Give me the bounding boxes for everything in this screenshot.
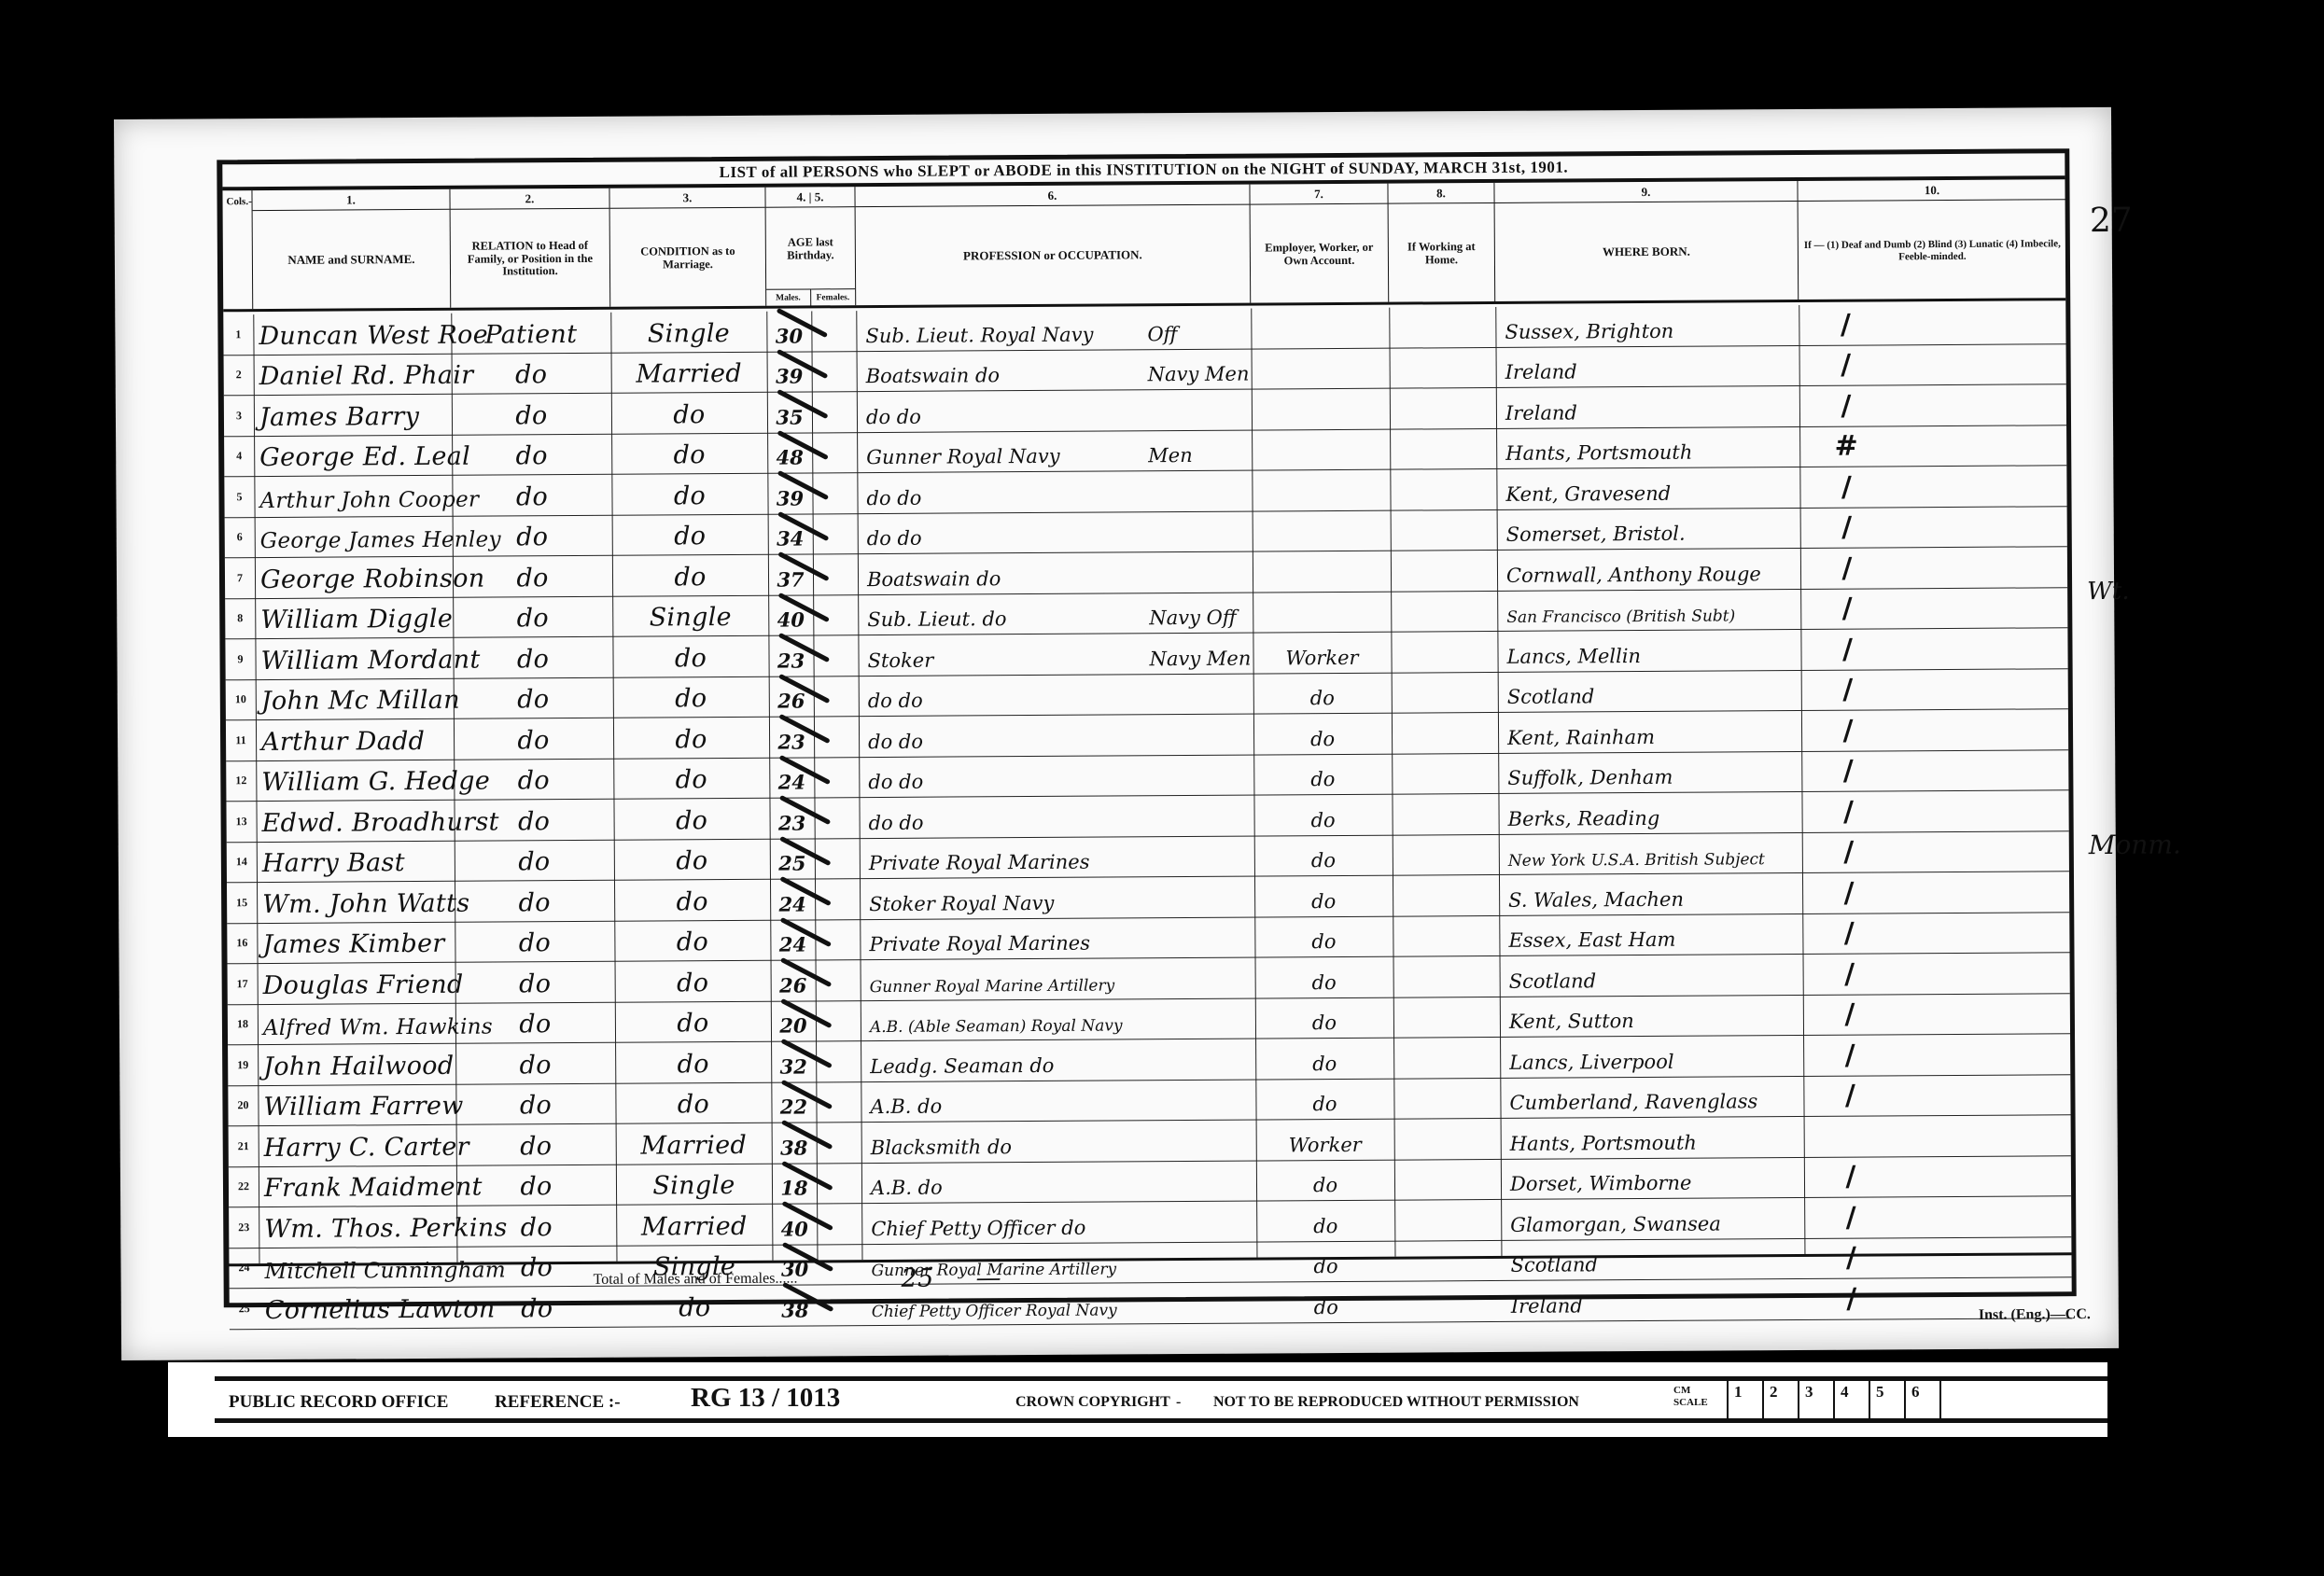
col-header-condition: 3. CONDITION as to Marriage. (609, 188, 766, 307)
name-cell: William Farrew (263, 1084, 455, 1125)
employer-cell: do (1256, 1160, 1394, 1200)
employer-cell (1251, 308, 1389, 348)
relation-cell: do (454, 759, 613, 800)
row-number: 18 (228, 1005, 258, 1045)
name-cell: Harry C. Carter (264, 1125, 456, 1166)
col-header-employer: 7. Employer, Worker, or Own Account. (1250, 184, 1389, 303)
scale-mark: 6 (1904, 1381, 1939, 1418)
infirmity-mark: / (1800, 508, 1894, 548)
infirmity-mark: / (1802, 832, 1896, 872)
name-cell: William Mordant (260, 638, 453, 679)
scale-mark: 1 (1727, 1381, 1762, 1418)
col-header-rownum: Cols.- (222, 190, 253, 309)
relation-cell: do (456, 1124, 616, 1165)
occupation-cell: Stoker Royal Navy (869, 877, 1186, 919)
row-number: 22 (229, 1167, 259, 1207)
occupation-cell: Gunner Royal Navy (866, 431, 1183, 473)
occupation-annotation (1151, 836, 1254, 876)
infirmity-mark: / (1802, 872, 1896, 913)
occupation-cell: Gunner Royal Marine Artillery (870, 958, 1187, 1000)
age-male-cell: 23 (768, 635, 813, 676)
name-cell: Arthur John Cooper (259, 476, 452, 517)
birthplace-cell: Kent, Gravesend (1505, 467, 1799, 509)
condition-cell: do (613, 799, 769, 840)
age-male-cell: 34 (768, 514, 813, 554)
employer-cell: do (1254, 876, 1393, 916)
birthplace-cell: Sussex, Brighton (1505, 305, 1799, 346)
age-male-cell: 39 (767, 473, 812, 513)
occupation-annotation (1153, 1121, 1256, 1161)
relation-cell: do (454, 677, 613, 718)
occupation-annotation (1148, 390, 1252, 430)
col-header-name: 1. NAME and SURNAME. (252, 189, 451, 309)
notice-label: NOT TO BE REPRODUCED WITHOUT PERMISSION (1213, 1394, 1579, 1411)
infirmity-mark: / (1799, 385, 1893, 425)
occupation-annotation (1152, 1080, 1255, 1120)
employer-cell (1252, 429, 1390, 469)
occupation-cell: Private Royal Marines (869, 917, 1186, 959)
infirmity-mark: / (1800, 548, 1894, 588)
total-label: Total of Males and of Females...... (594, 1271, 798, 1289)
margin-note-wt: Wt. (2087, 578, 2130, 606)
occupation-annotation (1151, 877, 1254, 917)
col-header-infirmity: 10. If — (1) Deaf and Dumb (2) Blind (3)… (1798, 179, 2066, 300)
name-cell: William Diggle (260, 597, 453, 638)
birthplace-cell: Lancs, Liverpool (1509, 1036, 1803, 1077)
relation-cell: do (456, 1165, 616, 1206)
name-cell: Duncan West Roe (259, 314, 451, 355)
name-cell: Daniel Rd. Phair (259, 354, 452, 395)
occupation-cell: do do (866, 390, 1183, 432)
occupation-annotation (1150, 755, 1253, 795)
birthplace-cell: San Francisco (British Subt) (1506, 589, 1800, 630)
birthplace-cell: Hants, Portsmouth (1505, 426, 1799, 467)
row-number: 12 (226, 761, 256, 802)
occupation-annotation (1152, 998, 1255, 1039)
total-males: 25 (902, 1264, 934, 1293)
condition-cell: do (611, 393, 767, 434)
relation-cell: do (455, 1002, 615, 1043)
relation-cell: do (452, 475, 611, 516)
condition-cell: do (613, 758, 769, 799)
infirmity-mark: / (1799, 304, 1892, 344)
birthplace-cell: Cumberland, Ravenglass (1509, 1076, 1803, 1117)
name-cell: George Robinson (260, 557, 453, 598)
age-male-cell: 30 (766, 311, 811, 351)
occupation-cell: A.B. do (871, 1161, 1188, 1203)
infirmity-mark (1804, 1116, 1897, 1156)
condition-cell: Married (616, 1123, 772, 1165)
form-code: Inst. (Eng.)—CC. (1979, 1306, 2091, 1324)
occupation-cell: Boatswain do (866, 350, 1183, 392)
infirmity-mark: / (1800, 589, 1894, 629)
name-cell: Edwd. Broadhurst (261, 801, 454, 842)
condition-cell: do (611, 474, 767, 515)
infirmity-mark: / (1802, 914, 1896, 954)
condition-cell: do (615, 961, 771, 1002)
relation-cell: do (455, 921, 614, 962)
total-females: — (976, 1263, 1002, 1292)
row-number: 11 (226, 720, 256, 760)
condition-cell: do (613, 718, 769, 759)
birthplace-cell: Scotland (1507, 670, 1801, 711)
employer-cell: do (1253, 795, 1392, 835)
age-male-cell: 20 (771, 1001, 816, 1041)
row-number: 2 (224, 356, 254, 396)
occupation-cell: do do (867, 512, 1184, 554)
infirmity-mark: # (1799, 426, 1893, 467)
employer-cell: Worker (1256, 1120, 1394, 1160)
employer-cell: do (1254, 916, 1393, 956)
age-male-cell: 18 (772, 1164, 817, 1204)
condition-cell: do (614, 920, 770, 961)
relation-cell: do (453, 596, 612, 637)
age-male-cell: 23 (769, 798, 814, 838)
occupation-annotation (1149, 552, 1253, 593)
census-page: LIST of all PERSONS who SLEPT or ABODE i… (114, 107, 2119, 1360)
relation-cell: do (453, 556, 612, 597)
age-male-cell: 40 (772, 1204, 817, 1244)
condition-cell: Single (612, 595, 768, 636)
occupation-cell: Boatswain do (867, 552, 1184, 594)
occupation-cell: do do (868, 715, 1185, 757)
age-male-cell: 32 (771, 1041, 816, 1081)
occupation-cell: Stoker (867, 634, 1184, 676)
row-number: 15 (227, 883, 257, 923)
relation-cell: do (455, 881, 614, 922)
name-cell: Harry Bast (262, 841, 455, 882)
row-number: 3 (224, 396, 254, 436)
condition-cell: do (612, 555, 768, 596)
birthplace-cell: S. Wales, Machen (1508, 873, 1802, 914)
infirmity-mark: / (1803, 1035, 1897, 1075)
occupation-cell: A.B. do (870, 1080, 1187, 1122)
occupation-annotation (1152, 1039, 1255, 1080)
row-number: 10 (226, 680, 256, 720)
name-cell: Frank Maidment (264, 1165, 456, 1206)
relation-cell: do (452, 353, 611, 394)
occupation-annotation (1150, 715, 1253, 755)
age-male-cell: 26 (771, 960, 816, 1000)
birthplace-cell: Lancs, Mellin (1506, 630, 1800, 671)
relation-cell: do (453, 515, 612, 556)
condition-cell: do (614, 839, 770, 880)
age-male-cell: 24 (769, 758, 814, 798)
name-cell: John Mc Millan (261, 678, 454, 719)
employer-cell: do (1253, 673, 1392, 713)
infirmity-mark: / (1803, 995, 1897, 1035)
relation-cell: do (455, 1083, 615, 1124)
occupation-cell: Leadg. Seaman do (870, 1039, 1187, 1081)
name-cell: James Kimber (262, 922, 455, 963)
infirmity-mark: / (1801, 710, 1895, 750)
name-cell: Arthur Dadd (261, 719, 454, 760)
col-header-where-born: 9. WHERE BORN. (1494, 181, 1799, 301)
employer-cell (1253, 592, 1391, 632)
occupation-cell: Private Royal Marines (869, 836, 1186, 878)
birthplace-cell: Suffolk, Denham (1507, 751, 1801, 792)
relation-cell: do (453, 637, 612, 678)
birthplace-cell: Ireland (1505, 386, 1799, 427)
relation-cell: Patient (451, 313, 610, 354)
condition-cell: do (615, 1082, 771, 1123)
scale-mark: 2 (1762, 1381, 1798, 1418)
occupation-cell: Sub. Lieut. do (867, 593, 1184, 635)
age-male-cell: 35 (767, 392, 812, 432)
infirmity-mark: / (1801, 791, 1895, 831)
reference-label: REFERENCE :- (495, 1392, 621, 1413)
relation-cell: do (454, 800, 613, 841)
employer-cell: do (1253, 714, 1392, 754)
condition-cell: Single (616, 1164, 772, 1205)
col-header-relation: 2. RELATION to Head of Family, or Positi… (450, 188, 610, 308)
occupation-annotation (1149, 511, 1253, 551)
age-male-cell: 39 (767, 352, 812, 392)
occupation-cell: Sub. Lieut. Royal Navy (865, 309, 1183, 351)
row-number: 5 (224, 477, 254, 517)
scale-mark (1939, 1381, 2014, 1418)
col-header-working-home: 8. If Working at Home. (1388, 183, 1495, 302)
employer-cell (1252, 348, 1390, 388)
row-number: 4 (224, 437, 254, 477)
occupation-annotation (1152, 958, 1255, 998)
margin-note-monm: Monm. (2089, 829, 2181, 860)
name-cell: Alfred Wm. Hawkins (263, 1003, 455, 1044)
age-male-cell: 37 (768, 554, 813, 594)
infirmity-mark: / (1804, 1157, 1897, 1197)
occupation-cell: do do (868, 755, 1185, 797)
row-number: 21 (229, 1126, 259, 1166)
scale-mark: 5 (1869, 1381, 1904, 1418)
row-number: 14 (227, 843, 257, 883)
infirmity-mark: / (1801, 670, 1895, 710)
reference-code: RG 13 / 1013 (691, 1383, 840, 1414)
age-male-cell: 24 (770, 920, 815, 960)
infirmity-mark: / (1803, 954, 1897, 994)
row-number: 8 (225, 599, 255, 639)
occupation-annotation: Navy Men (1148, 349, 1252, 389)
condition-cell: do (612, 636, 768, 677)
footer-rule (215, 1418, 2107, 1423)
relation-cell: do (456, 1206, 616, 1247)
name-cell: Wm. John Watts (262, 882, 455, 923)
relation-cell: do (455, 840, 614, 881)
age-male-cell: 26 (769, 676, 814, 717)
relation-cell: do (455, 1043, 615, 1084)
row-number: 17 (228, 964, 258, 1004)
row-number: 16 (227, 924, 257, 964)
name-cell: James Barry (259, 395, 452, 436)
birthplace-cell: Berks, Reading (1507, 792, 1801, 833)
occupation-annotation (1150, 674, 1253, 714)
birthplace-cell: Ireland (1505, 345, 1799, 386)
condition-cell: do (614, 880, 770, 921)
birthplace-cell: Hants, Portsmouth (1510, 1117, 1804, 1158)
cm-scale: 123456 (1727, 1381, 2014, 1418)
name-cell: George Ed. Leal (259, 435, 452, 476)
condition-cell: Married (616, 1205, 772, 1246)
infirmity-mark: / (1799, 467, 1893, 507)
relation-cell: do (455, 962, 615, 1003)
occupation-annotation (1153, 1202, 1256, 1242)
birthplace-cell: Scotland (1509, 955, 1803, 996)
row-number: 19 (228, 1045, 258, 1085)
name-cell: John Hailwood (263, 1044, 455, 1085)
separator: - (1176, 1394, 1181, 1411)
col-header-occupation: 6. PROFESSION or OCCUPATION. (855, 185, 1251, 306)
age-male-cell: 25 (770, 839, 815, 879)
name-cell: Wm. Thos. Perkins (264, 1206, 456, 1248)
row-number: 7 (225, 558, 255, 598)
condition-cell: do (615, 1042, 771, 1083)
occupation-cell: A.B. (Able Seaman) Royal Navy (870, 998, 1187, 1040)
occupation-cell: do do (868, 796, 1185, 838)
employer-cell (1252, 389, 1390, 429)
condition-cell: do (611, 433, 767, 474)
row-number: 20 (228, 1086, 258, 1126)
age-male-cell: 40 (768, 595, 813, 635)
col-header-age: 4. | 5. AGE last Birthday. Males. Female… (765, 187, 856, 306)
archive-footer: PUBLIC RECORD OFFICE REFERENCE :- RG 13 … (168, 1362, 2107, 1437)
employer-cell (1253, 510, 1391, 551)
office-label: PUBLIC RECORD OFFICE (229, 1392, 448, 1413)
row-number: 23 (229, 1207, 259, 1248)
occupation-annotation (1151, 917, 1254, 957)
birthplace-cell: Glamorgan, Swansea (1510, 1198, 1804, 1239)
condition-cell: do (615, 1001, 771, 1042)
occupation-cell: Blacksmith do (871, 1121, 1188, 1163)
birthplace-cell: New York U.S.A. British Subject (1508, 832, 1802, 873)
occupation-cell: Chief Petty Officer do (871, 1202, 1188, 1244)
birthplace-cell: Essex, East Ham (1508, 914, 1802, 955)
scale-label: CM SCALE (1673, 1385, 1711, 1409)
census-form: LIST of all PERSONS who SLEPT or ABODE i… (217, 148, 2076, 1307)
employer-cell (1252, 470, 1390, 510)
infirmity-mark: / (1800, 629, 1894, 669)
employer-cell: do (1255, 1079, 1393, 1119)
occupation-annotation: Off (1147, 309, 1251, 349)
name-cell: George James Henley (260, 516, 453, 557)
age-male-cell: 48 (767, 433, 812, 473)
condition-cell: Married (611, 352, 767, 393)
name-cell: Douglas Friend (263, 963, 455, 1004)
infirmity-mark: / (1803, 1076, 1897, 1116)
age-male-cell: 38 (772, 1123, 817, 1163)
row-number: 6 (225, 518, 255, 558)
occupation-cell: do do (866, 471, 1183, 513)
relation-cell: do (452, 434, 611, 475)
employer-cell (1253, 551, 1391, 592)
employer-cell: do (1256, 1201, 1394, 1241)
employer-cell: do (1255, 957, 1393, 997)
occupation-annotation (1148, 471, 1252, 511)
infirmity-mark: / (1801, 751, 1895, 791)
infirmity-mark: / (1799, 345, 1893, 385)
occupation-cell: do do (868, 675, 1185, 717)
condition-cell: Single (610, 312, 766, 353)
age-male-cell: 22 (771, 1082, 816, 1123)
employer-cell: do (1254, 835, 1393, 875)
occupation-annotation (1153, 1161, 1256, 1201)
copyright-label: CROWN COPYRIGHT (1015, 1394, 1170, 1411)
row-number: 1 (223, 314, 253, 355)
age-male-cell: 23 (769, 717, 814, 757)
employer-cell: do (1253, 754, 1392, 794)
page-number: 27 (2090, 202, 2133, 240)
occupation-annotation: Navy Off (1149, 593, 1253, 633)
relation-cell: do (452, 394, 611, 435)
occupation-annotation: Navy Men (1149, 634, 1253, 674)
birthplace-cell: Kent, Rainham (1507, 711, 1801, 752)
scale-mark: 4 (1833, 1381, 1869, 1418)
infirmity-mark: / (1804, 1197, 1897, 1237)
age-male-cell: 24 (770, 879, 815, 919)
employer-cell: do (1255, 1039, 1393, 1079)
occupation-annotation: Men (1148, 430, 1252, 470)
scale-mark: 3 (1798, 1381, 1833, 1418)
birthplace-cell: Kent, Sutton (1509, 995, 1803, 1036)
birthplace-cell: Dorset, Wimborne (1510, 1157, 1804, 1198)
employer-cell: do (1255, 997, 1393, 1038)
column-headers: Cols.- 1. NAME and SURNAME. 2. RELATION … (222, 179, 2065, 312)
employer-cell: Worker (1253, 633, 1391, 673)
row-number: 13 (226, 802, 256, 842)
occupation-annotation (1150, 796, 1253, 836)
relation-cell: do (454, 718, 613, 760)
condition-cell: do (613, 676, 769, 718)
birthplace-cell: Cornwall, Anthony Rouge (1506, 549, 1800, 590)
row-number: 9 (225, 639, 255, 679)
condition-cell: do (612, 514, 768, 555)
name-cell: William G. Hedge (261, 760, 454, 801)
birthplace-cell: Somerset, Bristol. (1506, 508, 1800, 549)
